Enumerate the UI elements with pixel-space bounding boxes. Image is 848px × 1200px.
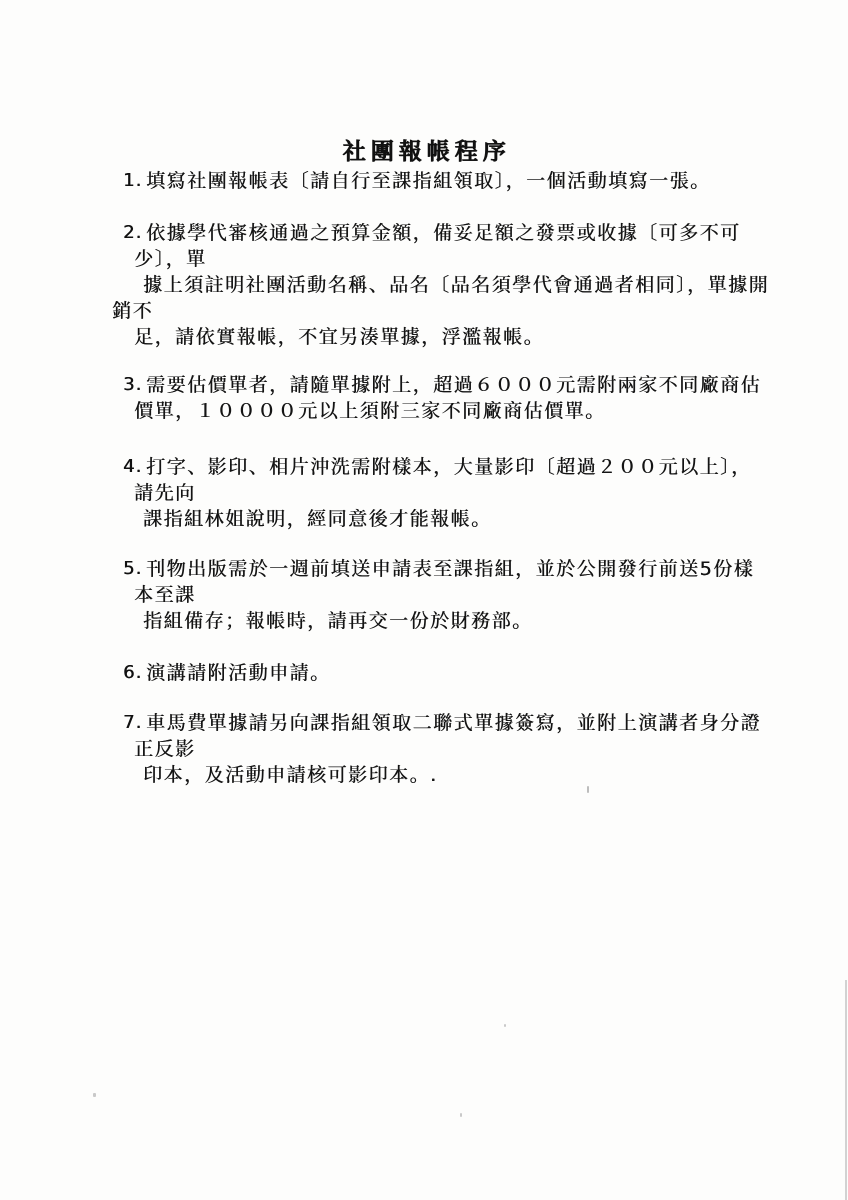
list-item-1: 1. 填寫社團報帳表〔請自行至課指組領取〕，一個活動填寫一張。: [112, 168, 802, 194]
item-text-line: 銷不: [112, 298, 802, 324]
item-number: 4.: [123, 454, 142, 480]
procedure-list: 1. 填寫社團報帳表〔請自行至課指組領取〕，一個活動填寫一張。 2. 依據學代審…: [112, 168, 802, 788]
item-number: 1.: [123, 168, 142, 194]
page-title: 社團報帳程序: [0, 133, 848, 166]
item-text-line: 足，請依實報帳，不宜另湊單據，浮濫報帳。: [134, 324, 802, 350]
item-text-line: 需要估價單者，請隨單據附上，超過６０００元需附兩家不同廠商估: [146, 372, 802, 398]
list-item-2: 2. 依據學代審核通過之預算金額，備妥足額之發票或收據〔可多不可 少〕，單 據上…: [112, 220, 802, 350]
item-text-line: 指組備存；報帳時，請再交一份於財務部。: [143, 608, 802, 634]
item-text-line: 正反影: [134, 736, 802, 762]
item-text-line: 少〕，單: [134, 246, 802, 272]
item-text-line: 據上須註明社團活動名稱、品名〔品名須學代會通過者相同〕，單據開: [143, 272, 802, 298]
item-text-line: 課指組林姐說明，經同意後才能報帳。: [143, 506, 802, 532]
scan-artifact: [93, 1093, 96, 1097]
list-item-3: 3. 需要估價單者，請隨單據附上，超過６０００元需附兩家不同廠商估 價單，１００…: [112, 372, 802, 424]
item-text-line: 刊物出版需於一週前填送申請表至課指組，並於公開發行前送5份樣: [146, 556, 802, 582]
list-item-5: 5. 刊物出版需於一週前填送申請表至課指組，並於公開發行前送5份樣 本至課 指組…: [112, 556, 802, 634]
scan-artifact: [504, 1024, 506, 1027]
item-number: 3.: [123, 372, 142, 398]
item-text-line: 演講請附活動申請。: [146, 660, 802, 686]
list-item-6: 6. 演講請附活動申請。: [112, 660, 802, 686]
item-text-line: 價單，１００００元以上須附三家不同廠商估價單。: [134, 398, 802, 424]
item-number: 2.: [123, 220, 142, 246]
item-text-line: 依據學代審核通過之預算金額，備妥足額之發票或收據〔可多不可: [146, 220, 802, 246]
item-text-line: 請先向: [134, 480, 802, 506]
item-number: 5.: [123, 556, 142, 582]
item-text-line: 印本，及活動申請核可影印本。.: [143, 762, 802, 788]
scan-artifact: [460, 1113, 462, 1117]
list-item-4: 4. 打字、影印、相片沖洗需附樣本，大量影印〔超過２００元以上〕， 請先向 課指…: [112, 454, 802, 532]
list-item-7: 7. 車馬費單據請另向課指組領取二聯式單據簽寫，並附上演講者身分證 正反影 印本…: [112, 710, 802, 788]
item-text-line: 填寫社團報帳表〔請自行至課指組領取〕，一個活動填寫一張。: [146, 168, 802, 194]
scan-edge-artifact: [845, 980, 847, 1200]
scanned-document-page: 社團報帳程序 1. 填寫社團報帳表〔請自行至課指組領取〕，一個活動填寫一張。 2…: [0, 0, 848, 1200]
scan-artifact: [587, 786, 589, 793]
item-text-line: 本至課: [134, 582, 802, 608]
item-text-line: 打字、影印、相片沖洗需附樣本，大量影印〔超過２００元以上〕，: [146, 454, 802, 480]
item-number: 6.: [123, 660, 142, 686]
item-number: 7.: [123, 710, 142, 736]
item-text-line: 車馬費單據請另向課指組領取二聯式單據簽寫，並附上演講者身分證: [146, 710, 802, 736]
